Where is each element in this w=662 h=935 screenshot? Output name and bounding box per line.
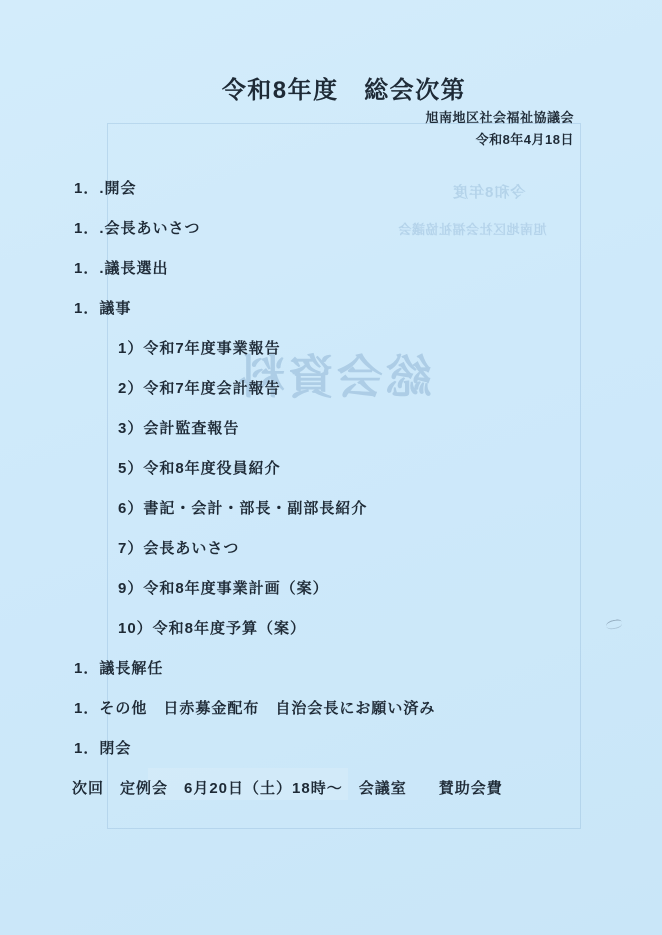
agenda-item-chair-dismissal: 1．議長解任 [74,657,594,697]
pencil-smudge-mark [605,619,622,631]
agenda-item-closing: 1．閉会 [74,737,594,777]
agenda-subitem-business-report: 1）令和7年度事業報告 [74,337,594,377]
agenda-subitem-business-plan: 9）令和8年度事業計画（案） [74,577,594,617]
agenda-item-chair-greeting: 1．.会長あいさつ [74,217,594,257]
agenda-subitem-chair-greeting: 7）会長あいさつ [74,537,594,577]
next-meeting-note: 次回 定例会 6月20日（土）18時～ 会議室 賛助会費 [72,777,503,798]
agenda-item-chair-election: 1．.議長選出 [74,257,594,297]
agenda-subitem-audit-report: 3）会計監査報告 [74,417,594,457]
document-date: 令和8年4月18日 [425,129,574,151]
agenda-subitem-officers-intro: 5）令和8年度役員紹介 [74,457,594,497]
page-title: 令和8年度 総会次第 [0,70,662,105]
scanned-document-page: 総会資料 令和8年度 旭南地区社会福祉協議会 令和8年度 総会次第 旭南地区社会… [0,0,662,935]
agenda-list: 1．.開会 1．.会長あいさつ 1．.議長選出 1．議事 1）令和7年度事業報告… [74,177,594,777]
agenda-item-proceedings: 1．議事 [74,297,594,337]
agenda-subitem-budget-plan: 10）令和8年度予算（案） [74,617,594,657]
agenda-subitem-account-report: 2）令和7年度会計報告 [74,377,594,417]
header-right-block: 旭南地区社会福祉協議会 令和8年4月18日 [425,107,574,151]
organization-name: 旭南地区社会福祉協議会 [425,107,574,129]
agenda-subitem-staff-intro: 6）書記・会計・部長・副部長紹介 [74,497,594,537]
agenda-item-other-matters: 1．その他 日赤募金配布 自治会長にお願い済み [74,697,594,737]
agenda-item-opening: 1．.開会 [74,177,594,217]
